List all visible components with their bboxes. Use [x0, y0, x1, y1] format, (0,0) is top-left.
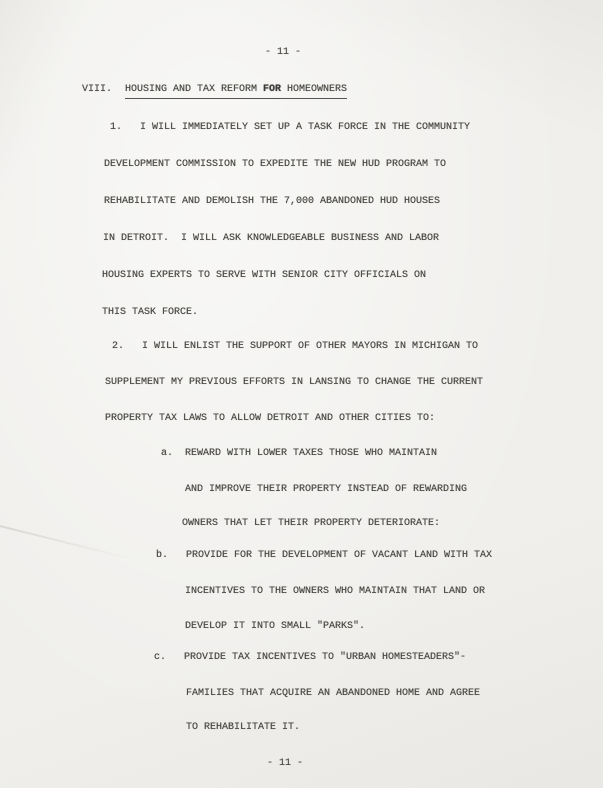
- item1-line2: DEVELOPMENT COMMISSION TO EXPEDITE THE N…: [104, 158, 446, 171]
- item1-line6: THIS TASK FORCE.: [102, 306, 198, 319]
- item1-line4: IN DETROIT. I WILL ASK KNOWLEDGEABLE BUS…: [103, 232, 439, 245]
- subitem-b-line3: DEVELOP IT INTO SMALL "PARKS".: [185, 620, 365, 633]
- subitem-b-line2: INCENTIVES TO THE OWNERS WHO MAINTAIN TH…: [185, 585, 485, 598]
- subitem-c-line2: FAMILIES THAT ACQUIRE AN ABANDONED HOME …: [186, 687, 480, 700]
- paper-crease: [0, 522, 133, 560]
- page-number-bottom: - 11 -: [267, 757, 303, 770]
- section-heading-post: HOMEOWNERS: [281, 84, 347, 95]
- section-heading-emphasis: FOR: [263, 84, 281, 95]
- subitem-b-line1: b. PROVIDE FOR THE DEVELOPMENT OF VACANT…: [156, 549, 492, 562]
- section-numeral: VIII.: [82, 83, 112, 96]
- subitem-a-line1: a. REWARD WITH LOWER TAXES THOSE WHO MAI…: [161, 447, 437, 460]
- item1-line3: REHABILITATE AND DEMOLISH THE 7,000 ABAN…: [104, 195, 440, 208]
- item2-line3: PROPERTY TAX LAWS TO ALLOW DETROIT AND O…: [105, 412, 435, 425]
- subitem-c-line3: TO REHABILITATE IT.: [186, 721, 300, 734]
- item1-line1: 1. I WILL IMMEDIATELY SET UP A TASK FORC…: [110, 121, 470, 134]
- item1-line5: HOUSING EXPERTS TO SERVE WITH SENIOR CIT…: [102, 269, 426, 282]
- section-heading-pre: HOUSING AND TAX REFORM: [125, 84, 263, 95]
- subitem-a-line3: OWNERS THAT LET THEIR PROPERTY DETERIORA…: [182, 517, 440, 530]
- scanned-document-page: - 11 - VIII. HOUSING AND TAX REFORM FOR …: [0, 0, 603, 788]
- section-heading: HOUSING AND TAX REFORM FOR HOMEOWNERS: [125, 83, 347, 99]
- page-number-top: - 11 -: [265, 46, 301, 59]
- item2-line2: SUPPLEMENT MY PREVIOUS EFFORTS IN LANSIN…: [105, 376, 483, 389]
- subitem-a-line2: AND IMPROVE THEIR PROPERTY INSTEAD OF RE…: [185, 483, 467, 496]
- subitem-c-line1: c. PROVIDE TAX INCENTIVES TO "URBAN HOME…: [154, 651, 466, 664]
- item2-line1: 2. I WILL ENLIST THE SUPPORT OF OTHER MA…: [112, 340, 478, 353]
